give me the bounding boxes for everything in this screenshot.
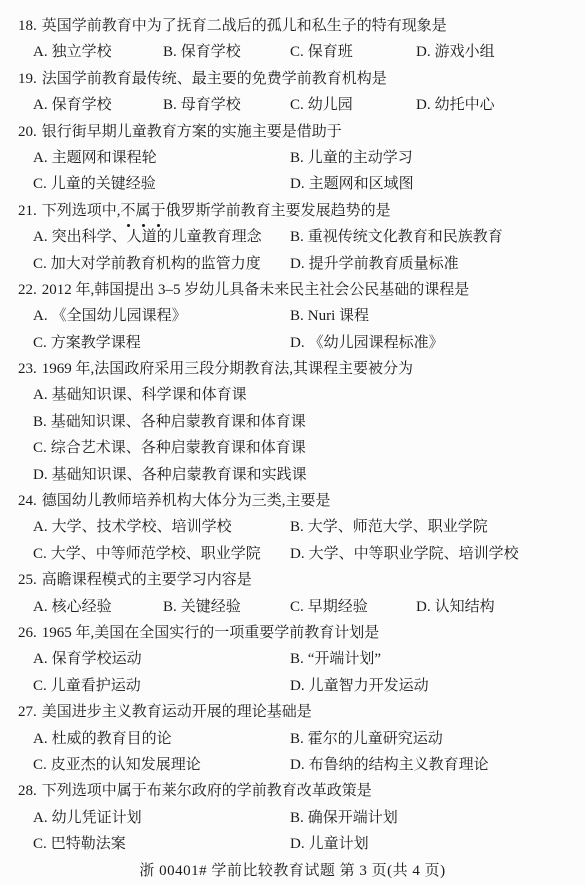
emphasized-char: 于 (151, 198, 166, 224)
question-20-option-D: D.主题网和区域图 (290, 171, 414, 197)
option-label: B. (163, 44, 177, 60)
question-number: 21. (18, 203, 37, 219)
question-22-options-row: A.《全国幼儿园课程》B.Nuri 课程 (0, 303, 585, 329)
question-19-options-row: A.保育学校B.母育学校C.幼儿园D.幼托中心 (0, 92, 585, 118)
page-footer: 浙 00401# 学前比较教育试题 第 3 页(共 4 页) (0, 858, 585, 884)
question-28-option-C: C.巴特勒法案 (33, 831, 126, 857)
stem-text: 银行街早期儿童教育方案的实施主要是借助于 (42, 124, 342, 140)
option-label: C. (33, 757, 47, 773)
option-label: C. (33, 176, 47, 192)
option-label: D. (416, 44, 431, 60)
option-text: 保育学校 (181, 44, 241, 60)
option-text: 幼儿园 (308, 97, 353, 113)
question-26-option-A: A.保育学校运动 (33, 646, 142, 672)
question-23-option-D: D.基础知识课、各种启蒙教育课和实践课 (33, 462, 307, 488)
question-21-options-row: C.加大对学前教育机构的监管力度D.提升学前教育质量标准 (0, 251, 585, 277)
question-27-stem: 27.美国进步主义教育运动开展的理论基础是 (0, 699, 585, 725)
question-19-option-A: A.保育学校 (33, 92, 112, 118)
question-20-option-B: B.儿童的主动学习 (290, 145, 413, 171)
question-23-option-A: A.基础知识课、科学课和体育课 (33, 382, 247, 408)
option-text: 儿童的关键经验 (51, 176, 156, 192)
option-label: A. (33, 308, 48, 324)
question-21-options-row: A.突出科学、人道的儿童教育理念B.重视传统文化教育和民族教育 (0, 224, 585, 250)
option-text: 《幼儿园课程标准》 (309, 335, 444, 351)
question-number: 23. (18, 361, 37, 377)
stem-text: 下列选项中属于布莱尔政府的学前教育改革政策是 (42, 783, 372, 799)
question-22-stem: 22.2012 年,韩国提出 3–5 岁幼儿具备未来民主社会公民基础的课程是 (0, 277, 585, 303)
option-text: 大学、中等职业学院、培训学校 (309, 546, 519, 562)
question-23-options-row: B.基础知识课、各种启蒙教育课和体育课 (0, 409, 585, 435)
option-label: D. (33, 467, 48, 483)
option-text: 独立学校 (52, 44, 112, 60)
question-24-option-D: D.大学、中等职业学院、培训学校 (290, 541, 519, 567)
emphasized-char: 属 (136, 198, 151, 224)
question-18-option-C: C.保育班 (290, 39, 353, 65)
stem-text: 下列选项中, (42, 203, 121, 219)
option-label: A. (33, 651, 48, 667)
stem-text: 俄罗斯学前教育主要发展趋势的是 (166, 203, 391, 219)
question-25-option-C: C.早期经验 (290, 594, 368, 620)
question-28-option-D: D.儿童计划 (290, 831, 369, 857)
question-27-option-C: C.皮亚杰的认知发展理论 (33, 752, 201, 778)
option-label: A. (33, 150, 48, 166)
option-label: B. (290, 810, 304, 826)
option-text: 保育学校 (52, 97, 112, 113)
option-text: 大学、师范大学、职业学院 (308, 519, 488, 535)
question-number: 19. (18, 71, 37, 87)
stem-text: 美国进步主义教育运动开展的理论基础是 (42, 704, 312, 720)
question-28-options-row: A.幼儿凭证计划B.确保开端计划 (0, 805, 585, 831)
option-text: 加大对学前教育机构的监管力度 (51, 256, 261, 272)
option-text: 幼儿凭证计划 (52, 810, 142, 826)
option-label: C. (33, 440, 47, 456)
option-label: B. (290, 150, 304, 166)
stem-text: 1969 年,法国政府采用三段分期教育法,其课程主要被分为 (42, 361, 413, 377)
question-20-options-row: A.主题网和课程轮B.儿童的主动学习 (0, 145, 585, 171)
question-20-stem: 20.银行街早期儿童教育方案的实施主要是借助于 (0, 119, 585, 145)
question-24-option-A: A.大学、技术学校、培训学校 (33, 514, 232, 540)
option-label: C. (290, 44, 304, 60)
option-label: A. (33, 731, 48, 747)
question-27-option-A: A.杜威的教育目的论 (33, 726, 172, 752)
option-text: 母育学校 (181, 97, 241, 113)
option-label: B. (163, 97, 177, 113)
option-label: A. (33, 97, 48, 113)
question-26-option-C: C.儿童看护运动 (33, 673, 141, 699)
option-text: 认知结构 (435, 599, 495, 615)
question-21-stem: 21.下列选项中,不属于俄罗斯学前教育主要发展趋势的是 (0, 198, 585, 224)
option-text: 综合艺术课、各种启蒙教育课和体育课 (51, 440, 306, 456)
question-27-option-D: D.布鲁纳的结构主义教育理论 (290, 752, 489, 778)
option-label: B. (290, 519, 304, 535)
question-18-option-A: A.独立学校 (33, 39, 112, 65)
question-27-options-row: A.杜威的教育目的论B.霍尔的儿童研究运动 (0, 726, 585, 752)
question-24-options-row: C.大学、中等师范学校、职业学院D.大学、中等职业学院、培训学校 (0, 541, 585, 567)
question-21-option-C: C.加大对学前教育机构的监管力度 (33, 251, 261, 277)
question-number: 20. (18, 124, 37, 140)
question-number: 26. (18, 625, 37, 641)
option-text: 保育学校运动 (52, 651, 142, 667)
option-label: D. (290, 836, 305, 852)
question-18-option-D: D.游戏小组 (416, 39, 495, 65)
option-label: B. (163, 599, 177, 615)
question-25-option-A: A.核心经验 (33, 594, 112, 620)
option-label: D. (290, 335, 305, 351)
question-27-option-B: B.霍尔的儿童研究运动 (290, 726, 443, 752)
option-text: 方案教学课程 (51, 335, 141, 351)
question-18-stem: 18.英国学前教育中为了抚育二战后的孤儿和私生子的特有现象是 (0, 13, 585, 39)
question-24-stem: 24.德国幼儿教师培养机构大体分为三类,主要是 (0, 488, 585, 514)
question-24-option-C: C.大学、中等师范学校、职业学院 (33, 541, 261, 567)
question-25-stem: 25.高瞻课程模式的主要学习内容是 (0, 567, 585, 593)
stem-text: 英国学前教育中为了抚育二战后的孤儿和私生子的特有现象是 (42, 18, 447, 34)
question-23-options-row: A.基础知识课、科学课和体育课 (0, 382, 585, 408)
option-text: 儿童的主动学习 (308, 150, 413, 166)
question-23-option-C: C.综合艺术课、各种启蒙教育课和体育课 (33, 435, 306, 461)
question-number: 28. (18, 783, 37, 799)
option-text: 皮亚杰的认知发展理论 (51, 757, 201, 773)
option-text: 游戏小组 (435, 44, 495, 60)
question-24-options-row: A.大学、技术学校、培训学校B.大学、师范大学、职业学院 (0, 514, 585, 540)
option-label: D. (290, 176, 305, 192)
option-label: B. (33, 414, 47, 430)
option-text: 保育班 (308, 44, 353, 60)
option-text: 大学、技术学校、培训学校 (52, 519, 232, 535)
question-23-options-row: D.基础知识课、各种启蒙教育课和实践课 (0, 462, 585, 488)
question-26-options-row: A.保育学校运动B.“开端计划” (0, 646, 585, 672)
question-20-options-row: C.儿童的关键经验D.主题网和区域图 (0, 171, 585, 197)
option-text: 儿童看护运动 (51, 678, 141, 694)
question-25-option-B: B.关键经验 (163, 594, 241, 620)
emphasized-char: 不 (121, 198, 136, 224)
question-22-option-D: D.《幼儿园课程标准》 (290, 330, 444, 356)
option-text: 基础知识课、各种启蒙教育课和实践课 (52, 467, 307, 483)
option-text: 主题网和区域图 (309, 176, 414, 192)
option-text: 布鲁纳的结构主义教育理论 (309, 757, 489, 773)
question-21-option-B: B.重视传统文化教育和民族教育 (290, 224, 503, 250)
stem-text: 法国学前教育最传统、最主要的免费学前教育机构是 (42, 71, 387, 87)
option-label: C. (33, 678, 47, 694)
question-21-option-A: A.突出科学、人道的儿童教育理念 (33, 224, 262, 250)
option-label: C. (290, 97, 304, 113)
option-label: D. (416, 97, 431, 113)
option-text: “开端计划” (308, 651, 381, 667)
option-text: 基础知识课、科学课和体育课 (52, 387, 247, 403)
question-23-options-row: C.综合艺术课、各种启蒙教育课和体育课 (0, 435, 585, 461)
option-label: C. (290, 599, 304, 615)
question-19-option-B: B.母育学校 (163, 92, 241, 118)
question-28-stem: 28.下列选项中属于布莱尔政府的学前教育改革政策是 (0, 778, 585, 804)
question-26-options-row: C.儿童看护运动D.儿童智力开发运动 (0, 673, 585, 699)
question-20-option-C: C.儿童的关键经验 (33, 171, 156, 197)
option-label: B. (290, 651, 304, 667)
option-label: B. (290, 229, 304, 245)
option-label: A. (33, 519, 48, 535)
option-label: D. (290, 256, 305, 272)
question-22-option-A: A.《全国幼儿园课程》 (33, 303, 187, 329)
question-number: 25. (18, 572, 37, 588)
stem-text: 德国幼儿教师培养机构大体分为三类,主要是 (42, 493, 331, 509)
option-label: D. (290, 546, 305, 562)
option-label: A. (33, 599, 48, 615)
question-26-option-D: D.儿童智力开发运动 (290, 673, 429, 699)
question-number: 27. (18, 704, 37, 720)
option-text: 《全国幼儿园课程》 (52, 308, 187, 324)
question-22-option-C: C.方案教学课程 (33, 330, 141, 356)
question-number: 22. (18, 282, 37, 298)
option-text: 巴特勒法案 (51, 836, 126, 852)
question-20-option-A: A.主题网和课程轮 (33, 145, 157, 171)
question-number: 18. (18, 18, 37, 34)
option-label: A. (33, 229, 48, 245)
option-label: C. (33, 256, 47, 272)
question-27-options-row: C.皮亚杰的认知发展理论D.布鲁纳的结构主义教育理论 (0, 752, 585, 778)
option-label: D. (290, 678, 305, 694)
option-text: 主题网和课程轮 (52, 150, 157, 166)
question-18-option-B: B.保育学校 (163, 39, 241, 65)
option-label: C. (33, 335, 47, 351)
question-18-options-row: A.独立学校B.保育学校C.保育班D.游戏小组 (0, 39, 585, 65)
option-text: 基础知识课、各种启蒙教育课和体育课 (51, 414, 306, 430)
option-label: C. (33, 836, 47, 852)
stem-text: 2012 年,韩国提出 3–5 岁幼儿具备未来民主社会公民基础的课程是 (42, 282, 470, 298)
question-23-option-B: B.基础知识课、各种启蒙教育课和体育课 (33, 409, 306, 435)
option-label: B. (290, 731, 304, 747)
stem-text: 1965 年,美国在全国实行的一项重要学前教育计划是 (42, 625, 380, 641)
option-text: 杜威的教育目的论 (52, 731, 172, 747)
option-text: 重视传统文化教育和民族教育 (308, 229, 503, 245)
question-19-stem: 19.法国学前教育最传统、最主要的免费学前教育机构是 (0, 66, 585, 92)
question-24-option-B: B.大学、师范大学、职业学院 (290, 514, 488, 540)
option-label: A. (33, 810, 48, 826)
option-text: Nuri 课程 (308, 308, 369, 324)
option-text: 大学、中等师范学校、职业学院 (51, 546, 261, 562)
question-23-stem: 23.1969 年,法国政府采用三段分期教育法,其课程主要被分为 (0, 356, 585, 382)
option-text: 幼托中心 (435, 97, 495, 113)
option-label: B. (290, 308, 304, 324)
option-text: 霍尔的儿童研究运动 (308, 731, 443, 747)
option-text: 儿童智力开发运动 (309, 678, 429, 694)
question-25-options-row: A.核心经验B.关键经验C.早期经验D.认知结构 (0, 594, 585, 620)
question-28-option-B: B.确保开端计划 (290, 805, 398, 831)
option-label: A. (33, 44, 48, 60)
question-26-stem: 26.1965 年,美国在全国实行的一项重要学前教育计划是 (0, 620, 585, 646)
question-22-option-B: B.Nuri 课程 (290, 303, 369, 329)
questions: 18.英国学前教育中为了抚育二战后的孤儿和私生子的特有现象是A.独立学校B.保育… (0, 13, 585, 858)
option-text: 确保开端计划 (308, 810, 398, 826)
option-text: 核心经验 (52, 599, 112, 615)
option-text: 提升学前教育质量标准 (309, 256, 459, 272)
stem-text: 高瞻课程模式的主要学习内容是 (42, 572, 252, 588)
option-text: 早期经验 (308, 599, 368, 615)
question-19-option-D: D.幼托中心 (416, 92, 495, 118)
question-25-option-D: D.认知结构 (416, 594, 495, 620)
option-label: D. (290, 757, 305, 773)
option-text: 突出科学、人道的儿童教育理念 (52, 229, 262, 245)
option-text: 儿童计划 (309, 836, 369, 852)
question-21-option-D: D.提升学前教育质量标准 (290, 251, 459, 277)
option-label: A. (33, 387, 48, 403)
question-28-option-A: A.幼儿凭证计划 (33, 805, 142, 831)
question-number: 24. (18, 493, 37, 509)
question-28-options-row: C.巴特勒法案D.儿童计划 (0, 831, 585, 857)
option-text: 关键经验 (181, 599, 241, 615)
option-label: D. (416, 599, 431, 615)
question-26-option-B: B.“开端计划” (290, 646, 381, 672)
question-19-option-C: C.幼儿园 (290, 92, 353, 118)
option-label: C. (33, 546, 47, 562)
exam-page: 18.英国学前教育中为了抚育二战后的孤儿和私生子的特有现象是A.独立学校B.保育… (0, 0, 585, 885)
question-22-options-row: C.方案教学课程D.《幼儿园课程标准》 (0, 330, 585, 356)
